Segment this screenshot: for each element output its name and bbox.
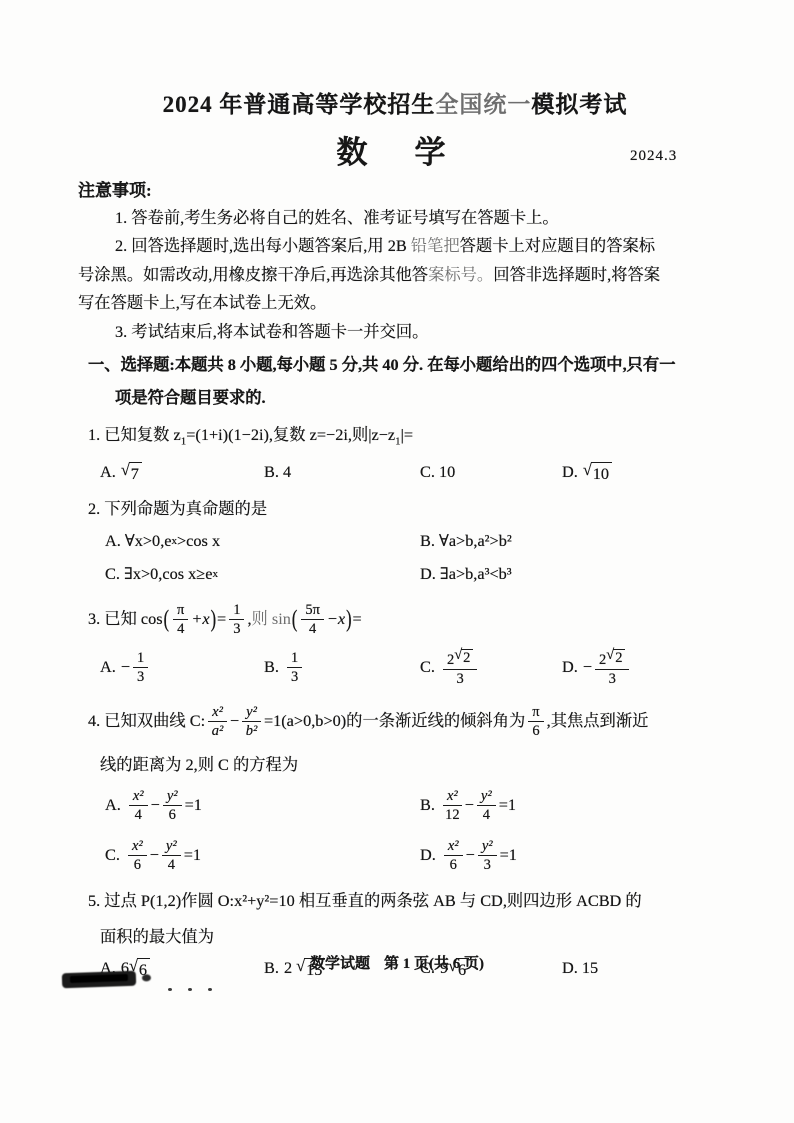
- question-2: 2. 下列命题为真命题的是 A. ∀x>0,ex>cos x B. ∀a>b,a…: [88, 494, 736, 590]
- question-3-text: +x: [191, 604, 209, 634]
- question-3-option-c: C.2√23: [420, 648, 562, 687]
- left-paren: (: [292, 597, 297, 642]
- notice-item-1: 1. 答卷前,考生务必将自己的姓名、准考证号填写在答题卡上。: [78, 204, 736, 232]
- fraction: 5π4: [301, 602, 324, 637]
- fraction: y²4: [477, 788, 496, 823]
- superscript: x: [212, 568, 218, 580]
- fraction: x²6: [128, 838, 147, 873]
- question-4: 4. 已知双曲线 C:x²a²−y²b²=1(a>0,b>0)的一条渐近线的倾斜…: [88, 698, 736, 880]
- notice-item-2-faded-text: 铅笔把: [411, 236, 460, 255]
- coefficient: 2: [599, 653, 606, 668]
- question-2-options-cd: C. ∃x>0,cos x≥ex D. ∃a>b,a³<b³: [105, 557, 736, 590]
- page-footer: 数学试题第 1 页(共 6 页): [0, 952, 794, 973]
- question-1-stem: 1. 已知复数 z1=(1+i)(1−2i),复数 z=−2i,则|z−z1|=: [88, 420, 736, 456]
- fraction: π4: [173, 602, 188, 637]
- question-2-option-b: B. ∀a>b,a²>b²: [420, 531, 736, 551]
- option-text: >cos x: [177, 531, 220, 551]
- question-5-stem-line-1: 5. 过点 P(1,2)作圆 O:x²+y²=10 相互垂直的两条弦 AB 与 …: [88, 886, 736, 916]
- section-1-heading-line-1: 一、选择题:本题共 8 小题,每小题 5 分,共 40 分. 在每小题给出的四个…: [88, 348, 736, 381]
- radicand: 2: [613, 649, 625, 667]
- option-label: A.: [100, 657, 116, 677]
- minus-sign: −: [151, 795, 160, 815]
- exam-title-part3: 模拟考试: [531, 92, 627, 117]
- fraction: x²4: [129, 788, 148, 823]
- fraction: x²6: [444, 838, 463, 873]
- question-1-options: A.√7 B. 4 C. 10 D.√10: [100, 456, 736, 488]
- sqrt-icon: √: [454, 648, 462, 663]
- option-label: B.: [420, 795, 435, 815]
- option-label: C.: [105, 845, 120, 865]
- question-2-option-a: A. ∀x>0,ex>cos x: [105, 531, 420, 551]
- fraction: x²12: [443, 788, 462, 823]
- question-1-option-c: C. 10: [420, 462, 562, 482]
- option-label: D.: [562, 462, 578, 482]
- option-label: A.: [105, 795, 121, 815]
- question-3-option-a: A.−13: [100, 650, 264, 685]
- question-3-option-d: D.−2√23: [562, 648, 736, 687]
- notice-item-2-faded-text: 案标号。: [428, 265, 493, 284]
- right-paren: ): [211, 597, 216, 642]
- question-3-option-b: B.13: [264, 650, 420, 685]
- minus-sign: −: [230, 706, 239, 736]
- radicand: 2: [461, 649, 473, 667]
- exam-date: 2024.3: [630, 148, 677, 165]
- question-2-option-c: C. ∃x>0,cos x≥ex: [105, 564, 420, 584]
- option-label: C.: [420, 657, 435, 677]
- sqrt-expression: √10: [583, 462, 612, 482]
- left-paren: (: [164, 597, 169, 642]
- radicand: 10: [591, 462, 612, 482]
- exam-title-part1: 2024 年普通高等学校招生: [163, 92, 436, 117]
- fraction: y²3: [478, 838, 497, 873]
- notice-item-2-line-3: 写在答题卡上,写在本试卷上无效。: [78, 289, 736, 317]
- ink-smudge: [62, 971, 136, 989]
- question-3-stem: 3. 已知 cos(π4+x)=13,则 sin(5π4−x)=: [88, 596, 736, 642]
- question-1-option-b: B. 4: [264, 462, 420, 482]
- question-3-text: =: [353, 604, 362, 634]
- question-1-option-a: A.√7: [100, 462, 264, 482]
- fraction: y²b²: [242, 704, 261, 739]
- notice-item-2-line-2: 号涂黑。如需改动,用橡皮擦干净后,再选涂其他答案标号。回答非选择题时,将答案: [78, 261, 736, 289]
- notice-item-2-text: 号涂黑。如需改动,用橡皮擦干净后,再选涂其他答: [78, 265, 428, 284]
- fraction: π6: [528, 704, 543, 739]
- question-5-stem-line-2: 面积的最大值为: [88, 922, 736, 952]
- fraction: 13: [287, 650, 302, 685]
- fraction: y²4: [162, 838, 181, 873]
- question-2-options-ab: A. ∀x>0,ex>cos x B. ∀a>b,a²>b²: [105, 524, 736, 557]
- notice-item-2-text: 答题卡上对应题目的答案标: [460, 236, 655, 255]
- footer-doc-title: 数学试题: [310, 956, 370, 972]
- option-label: D.: [420, 845, 436, 865]
- option-label: A.: [100, 462, 116, 482]
- option-text: A. ∀x>0,e: [105, 531, 172, 551]
- notice-heading: 注意事项:: [78, 178, 736, 204]
- question-4-options-ab: A.x²4−y²6=1 B.x²12−y²4=1: [105, 780, 736, 830]
- minus-sign: −: [121, 657, 130, 677]
- minus-sign: −: [583, 657, 592, 677]
- equals-one: =1: [185, 795, 202, 815]
- question-2-option-d: D. ∃a>b,a³<b³: [420, 564, 736, 584]
- question-4-stem-line-1: 4. 已知双曲线 C:x²a²−y²b²=1(a>0,b>0)的一条渐近线的倾斜…: [88, 698, 736, 744]
- exam-title-part2: 全国统一: [435, 92, 531, 117]
- question-3-text: =: [217, 604, 226, 634]
- question-3-text: −x: [327, 604, 345, 634]
- minus-sign: −: [150, 845, 159, 865]
- notice-section: 注意事项: 1. 答卷前,考生务必将自己的姓名、准考证号填写在答题卡上。 2. …: [78, 178, 736, 346]
- question-3-options: A.−13 B.13 C.2√23 D.−2√23: [100, 642, 736, 692]
- minus-sign: −: [466, 845, 475, 865]
- equals-one: =1: [499, 795, 516, 815]
- question-4-text: ,其焦点到渐近: [547, 706, 649, 736]
- question-4-text: 4. 已知双曲线 C:: [88, 706, 205, 736]
- sqrt-expression: √7: [121, 462, 142, 482]
- sqrt-icon: √: [583, 461, 592, 478]
- notice-item-2-text: 2. 回答选择题时,选出每小题答案后,用 2B: [115, 236, 411, 255]
- sqrt-icon: √: [121, 461, 130, 478]
- fraction: y²6: [163, 788, 182, 823]
- question-3: 3. 已知 cos(π4+x)=13,则 sin(5π4−x)= A.−13 B…: [88, 596, 736, 692]
- sqrt-expression: √2: [606, 649, 625, 667]
- fraction: 13: [229, 602, 244, 637]
- notice-item-2-text: 回答非选择题时,将答案: [493, 265, 660, 284]
- question-4-option-d: D.x²6−y²3=1: [420, 838, 736, 873]
- radicand: 7: [129, 462, 142, 482]
- question-4-options-cd: C.x²6−y²4=1 D.x²6−y²3=1: [105, 830, 736, 880]
- sqrt-icon: √: [606, 648, 614, 663]
- section-1-heading-line-2: 项是符合题目要求的.: [88, 381, 736, 414]
- question-1-text: |=: [401, 425, 413, 444]
- question-4-option-a: A.x²4−y²6=1: [105, 788, 420, 823]
- question-1-text: =(1+i)(1−2i),复数 z=−2i,则|z−z: [186, 425, 395, 444]
- right-paren: ): [346, 597, 351, 642]
- fraction: 2√23: [595, 648, 629, 687]
- equals-one: =1: [500, 845, 517, 865]
- fraction: 13: [133, 650, 148, 685]
- ink-dots: [168, 978, 228, 996]
- notice-item-3: 3. 考试结束后,将本试卷和答题卡一并交回。: [78, 318, 736, 346]
- question-4-stem-line-2: 线的距离为 2,则 C 的方程为: [88, 750, 736, 780]
- fraction: x²a²: [208, 704, 227, 739]
- coefficient: 2: [447, 653, 454, 668]
- question-4-option-c: C.x²6−y²4=1: [105, 838, 420, 873]
- question-2-stem: 2. 下列命题为真命题的是: [88, 494, 736, 524]
- sqrt-expression: √2: [454, 649, 473, 667]
- minus-sign: −: [465, 795, 474, 815]
- equals-one: =1: [184, 845, 201, 865]
- question-1-option-d: D.√10: [562, 462, 736, 482]
- question-1: 1. 已知复数 z1=(1+i)(1−2i),复数 z=−2i,则|z−z1|=…: [88, 420, 736, 488]
- question-3-faded-text: 则 sin: [252, 604, 291, 634]
- exam-page: 2024 年普通高等学校招生全国统一模拟考试 数 学 注意事项: 1. 答卷前,…: [0, 0, 794, 1123]
- option-text: C. ∃x>0,cos x≥e: [105, 564, 212, 584]
- question-4-text: =1(a>0,b>0)的一条渐近线的倾斜角为: [264, 706, 525, 736]
- question-1-text: 1. 已知复数 z: [88, 425, 181, 444]
- section-1-heading: 一、选择题:本题共 8 小题,每小题 5 分,共 40 分. 在每小题给出的四个…: [88, 348, 736, 414]
- question-4-option-b: B.x²12−y²4=1: [420, 788, 736, 823]
- fraction: 2√23: [443, 648, 477, 687]
- option-label: B.: [264, 657, 279, 677]
- exam-title: 2024 年普通高等学校招生全国统一模拟考试: [54, 86, 736, 119]
- question-3-text: 3. 已知 cos: [88, 604, 163, 634]
- option-label: D.: [562, 657, 578, 677]
- footer-page-number: 第 1 页(共 6 页): [384, 956, 484, 972]
- notice-item-2-line-1: 2. 回答选择题时,选出每小题答案后,用 2B 铅笔把答题卡上对应题目的答案标: [78, 232, 736, 260]
